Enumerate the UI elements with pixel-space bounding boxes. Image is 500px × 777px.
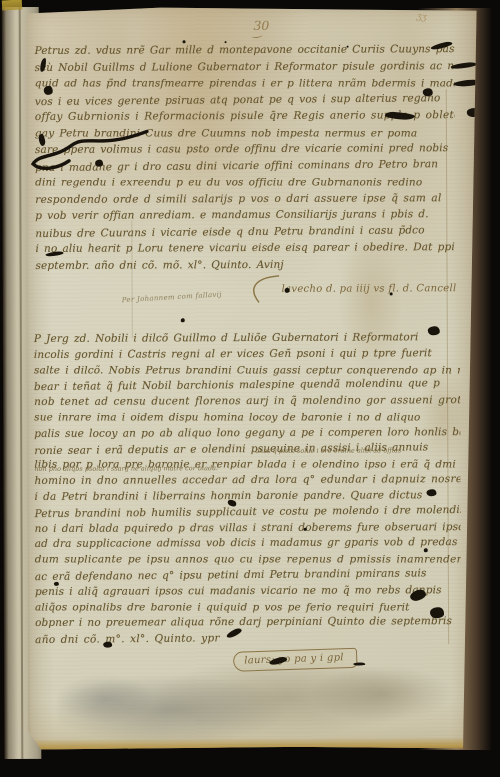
ink-blot	[428, 326, 440, 335]
ink-blot	[353, 663, 365, 666]
ink-blot	[423, 88, 433, 96]
chancery-docket-1: lavecho d. pa iiij vs fl. d. Cancell	[246, 272, 457, 305]
ink-blot	[181, 318, 185, 322]
ink-blot	[54, 582, 59, 586]
ink-blot	[304, 528, 307, 531]
ink-flourish	[27, 123, 159, 180]
corner-mark: ʒʒ	[416, 12, 427, 23]
manuscript-line: sue inrare ima i oidem dispu homina loco…	[34, 410, 460, 426]
docket-2-text: laurs: yo pa y i gpl	[244, 652, 344, 666]
manuscript-photo: 30 ʒʒ Petrus zd. vdus nrẽ Gar mille d mo…	[0, 0, 500, 777]
docket-1-text: lavecho d. pa iiij vs fl. d. Cancell	[282, 283, 457, 295]
ink-blot	[44, 86, 53, 95]
manuscript-line: septembr. año dni cõ. mõ. xl°. Quinto. A…	[35, 256, 455, 274]
bracket-flourish	[246, 273, 280, 305]
paragraph-2: P Jerg zd. Nobili i dilcõ Guillmo d Luli…	[34, 330, 461, 648]
manuscript-line: homino in dno annuelles accedar ad dra l…	[34, 472, 460, 490]
folio-number-text: 30	[253, 18, 269, 33]
manuscript-line: nuibus dre Cuurans i vicarie eisde q dnu…	[35, 222, 455, 243]
registrar-note: Per Johannem com fallavij	[121, 291, 221, 305]
ink-blot	[424, 548, 428, 552]
ink-blot	[347, 46, 349, 48]
ink-blot	[95, 160, 103, 167]
manuscript-line: Petrus zd. vdus nrẽ Gar mille d montepav…	[35, 41, 455, 59]
folio-number: 30	[253, 18, 269, 38]
interlinear-note-1: alias q̃ pisto solue i oro ordine alibi …	[255, 446, 401, 455]
corner-stain	[2, 0, 22, 11]
ink-blot	[390, 292, 393, 295]
manuscript-line: incolis gordini i Castris regni al er vi…	[34, 346, 460, 364]
ink-blot	[426, 489, 436, 496]
manuscript-line: aliq̃os opinalibs dre baronie i quiquid …	[35, 600, 461, 616]
manuscript-line: año dni cõ. m°. xl°. Quinto. ypr	[35, 629, 461, 648]
manuscript-line: no i dari blada pquiredo p dras villas i…	[35, 520, 461, 538]
manuscript-line: nob tenet ad censu ducent florenos aurj …	[34, 393, 460, 411]
manuscript-line: P Jerg zd. Nobili i dilcõ Guillmo d Luli…	[34, 330, 460, 348]
manuscript-line: ad dra supplicacione admissa vob dicis i…	[35, 535, 461, 553]
manuscript-line: penis i aliq̃ agrauari ipsos cui madanis…	[35, 583, 461, 601]
manuscript-line: respondendo orde d simili salarijs p vos…	[35, 190, 455, 208]
page-bottom-edge	[32, 737, 472, 754]
ink-blot	[183, 40, 186, 43]
ink-blot	[103, 642, 112, 648]
chancery-docket-2: laurs: yo pa y i gpl	[233, 648, 357, 672]
manuscript-line: quid ad has p̃nd transfmearre pirendas i…	[35, 75, 455, 92]
manuscript-page: 30 ʒʒ Petrus zd. vdus nrẽ Gar mille d mo…	[24, 4, 481, 754]
interlinear-note-2: non p̃no aliq̃bs psolat i ssarij ne aliq…	[34, 464, 218, 473]
manuscript-line: scù Nobil Guillms d Lulione Gubernator i…	[35, 58, 455, 76]
ink-blot	[430, 607, 444, 618]
ink-blot	[225, 41, 227, 43]
manuscript-line: vos i eu vices gerente psiruas atq ponat…	[35, 90, 455, 111]
folio-swash	[251, 32, 263, 39]
ink-blot	[285, 288, 290, 293]
